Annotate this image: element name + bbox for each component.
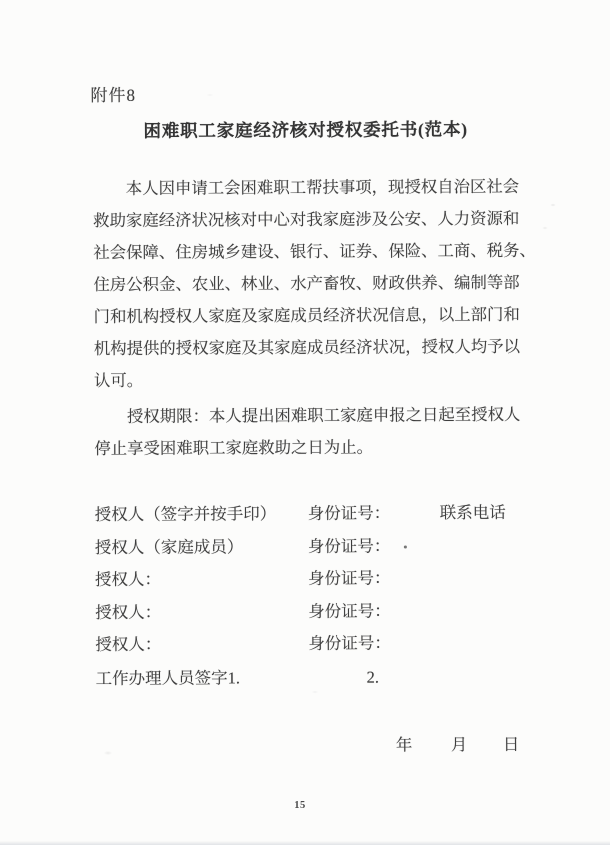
phone-label: 联系电话	[440, 497, 506, 530]
id-number-label: 身份证号：	[308, 628, 391, 661]
party-label: 授权人（家庭成员）	[95, 531, 244, 564]
scan-artifact-dot	[404, 545, 407, 548]
staff-slot-1: 1.	[227, 668, 239, 687]
body-line: 授权期限：本人提出困难职工家庭申报之日起至授权人	[94, 399, 530, 433]
month-label: 月	[451, 729, 468, 761]
day-label: 日	[503, 729, 520, 761]
party-label: 授权人：	[95, 596, 161, 629]
body-line: 救助家庭经济状况核对中心对我家庭涉及公安、人力资源和	[93, 203, 529, 237]
body-line: 门和机构授权人家庭及家庭成员经济状况信息，以上部门和	[94, 299, 530, 333]
id-number-label: 身份证号：	[308, 563, 391, 596]
id-number-label: 身份证号：	[308, 595, 391, 628]
scanned-document-page: 附件8 困难职工家庭经济核对授权委托书(范本) 本人因申请工会困难职工帮扶事项，…	[0, 0, 610, 845]
signature-row: 授权人： 身份证号：	[95, 562, 535, 597]
body-line: 社会保障、住房城乡建设、银行、证券、保险、工商、税务、	[93, 235, 529, 269]
page-number: 15	[0, 798, 600, 814]
body-line: 认可。	[94, 363, 530, 397]
body-line: 本人因申请工会困难职工帮扶事项，现授权自治区社会	[93, 171, 529, 205]
body-line: 住房公积金、农业、林业、水产畜牧、财政供养、编制等部	[93, 267, 529, 301]
paragraph-authorization-term: 授权期限：本人提出困难职工家庭申报之日起至授权人 停止享受困难职工家庭救助之日为…	[94, 399, 530, 465]
party-label: 授权人（签字并按手印）	[95, 498, 277, 531]
id-number-label: 身份证号：	[308, 530, 391, 563]
paragraph-authorization: 本人因申请工会困难职工帮扶事项，现授权自治区社会 救助家庭经济状况核对中心对我家…	[93, 171, 530, 397]
staff-slot-2: 2.	[366, 662, 379, 694]
staff-signature-row: 工作办理人员签字1. 2.	[95, 661, 535, 695]
party-label: 授权人：	[95, 629, 161, 662]
signature-row: 授权人： 身份证号：	[95, 594, 535, 629]
body-line: 停止享受困难职工家庭救助之日为止。	[94, 431, 530, 465]
signature-row: 授权人： 身份证号：	[95, 627, 535, 662]
signature-section: 授权人（签字并按手印） 身份证号： 联系电话 授权人（家庭成员） 身份证号： 授…	[95, 497, 536, 662]
year-label: 年	[396, 729, 413, 761]
signature-row: 授权人（签字并按手印） 身份证号： 联系电话	[95, 497, 535, 532]
id-number-label: 身份证号：	[308, 498, 391, 531]
date-line: 年 月 日	[96, 729, 536, 763]
attachment-label: 附件8	[90, 86, 136, 106]
body-text: 本人因申请工会困难职工帮扶事项，现授权自治区社会 救助家庭经济状况核对中心对我家…	[93, 171, 531, 465]
page-content: 附件8 困难职工家庭经济核对授权委托书(范本) 本人因申请工会困难职工帮扶事项，…	[0, 0, 610, 845]
body-line: 机构提供的授权家庭及其家庭成员经济状况，授权人均予以	[94, 331, 530, 365]
staff-signature-label: 工作办理人员签字	[96, 668, 228, 688]
document-title: 困难职工家庭经济核对授权委托书(范本)	[1, 118, 610, 142]
signature-row: 授权人（家庭成员） 身份证号：	[95, 529, 535, 564]
party-label: 授权人：	[95, 564, 161, 597]
